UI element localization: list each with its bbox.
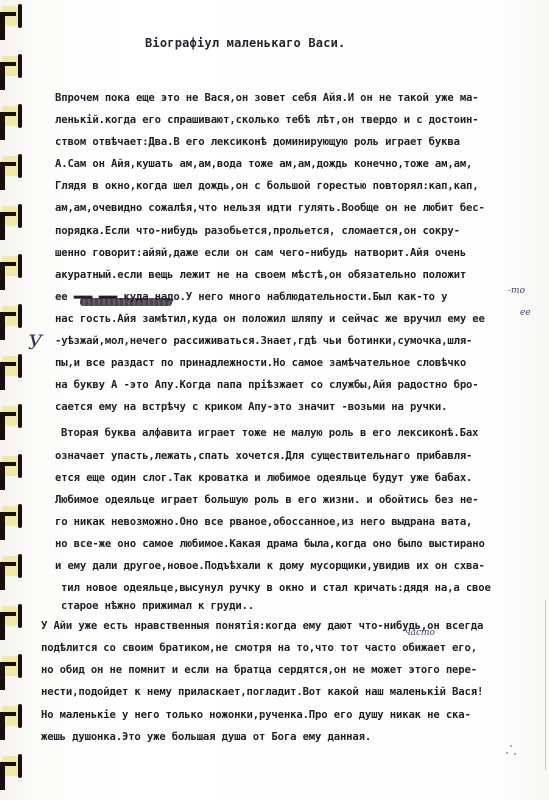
text-line: но все-же оно самое любимое.Какая драма … [55, 533, 549, 555]
text-line: старое нѣжно прижимал к груди.. [55, 599, 549, 615]
text-line: ством отвѣчает:Два.В его лексиконѣ домин… [55, 131, 549, 153]
text-line: Вторая буква алфавита играет тоже не мал… [55, 422, 549, 444]
binding-ring [0, 354, 26, 388]
text-line: акуратный.если вещь лежит не на своем мѣ… [55, 264, 549, 286]
binding-ring [0, 104, 26, 138]
binding-ring [0, 654, 26, 688]
document-title: Віографіул маленькаго Васи. [145, 36, 345, 50]
text-line: пы,и все раздаст по принадлежности.Но са… [55, 352, 549, 374]
paper-speck [506, 752, 508, 754]
binding-ring [0, 54, 26, 88]
binding-ring [0, 604, 26, 638]
text-line: ется еще один слог.Так кроватка и любимо… [55, 467, 549, 489]
handwritten-margin-note: У [28, 330, 42, 354]
binding-ring [0, 754, 26, 788]
text-line: сается ему на встрѣчу с криком Апу-это з… [55, 396, 549, 418]
text-line: А.Сам он Айя,кушать ам,ам,вода тоже ам,а… [55, 153, 549, 175]
binding-ring [0, 554, 26, 588]
text-line: означает упасть,лежать,спать хочется.Для… [55, 445, 549, 467]
text-line: Но маленькiе у него только ножонки,ручен… [41, 704, 549, 726]
text-line: шенно говорит:айяй,даже если он сам чего… [55, 242, 549, 264]
page-edge [545, 600, 546, 770]
text-line: и ему дали другое,новое.Подъѣхали к дому… [55, 555, 549, 577]
text-line: нас гость.Айя замѣтил,куда он положил шл… [55, 308, 549, 330]
text-line: У Айи уже есть нравственныя понятiя:когд… [41, 615, 549, 637]
text-line: -уѣзжай,мол,нечего рассиживаться.Знает,г… [55, 330, 549, 352]
binding-ring [0, 304, 26, 338]
binding-ring [0, 154, 26, 188]
handwritten-insertion: ее [520, 308, 531, 318]
typewritten-page: Віографіул маленькаго Васи. Впрочем пока… [0, 0, 549, 800]
binding-ring [0, 704, 26, 738]
text-line: Впрочем пока еще это не Вася,он зовет се… [55, 87, 549, 109]
binding-ring [0, 4, 26, 38]
binding-ring [0, 454, 26, 488]
body-text: Впрочем пока еще это не Вася,он зовет се… [55, 87, 549, 748]
paper-speck [510, 745, 512, 747]
text-line: Любимое одеяльце играет большую роль в е… [55, 489, 549, 511]
text-line: но обид он не помнит и если на братца се… [41, 659, 549, 681]
paper-speck [514, 753, 516, 755]
binding-ring [0, 404, 26, 438]
spiral-binding [0, 0, 30, 800]
text-line: ее ▬▬▬ ▬▬▬.куда надо.У него много наблюд… [55, 286, 549, 308]
handwritten-insertion: часто [405, 628, 435, 638]
text-line: ам,ам,очевидно сожалѣя,что нельзя идти г… [55, 197, 549, 219]
text-line: порядка.Если что-нибудь разобьется,проль… [55, 220, 549, 242]
text-line: подѣлится со своим братиком,не смотря на… [41, 637, 549, 659]
text-line: Глядя в окно,когда шел дождь,он с большо… [55, 175, 549, 197]
binding-ring [0, 204, 26, 238]
text-line: тил новое одеяльце,высунул ручку в окно … [55, 577, 549, 599]
binding-ring [0, 504, 26, 538]
binding-ring [0, 254, 26, 288]
text-line: нести,подойдет к нему приласкает,поглади… [41, 681, 549, 703]
text-line: ленькій.когда его спрашивают,сколько теб… [55, 109, 549, 131]
text-line: го никак невозможно.Оно все рваное,обосс… [55, 511, 549, 533]
handwritten-insertion: -то [508, 286, 525, 296]
text-line: жешь душонка.Это уже большая душа от Бог… [41, 726, 549, 748]
text-line: на букву А -это Апу.Когда папа прiѣзжает… [55, 374, 549, 396]
